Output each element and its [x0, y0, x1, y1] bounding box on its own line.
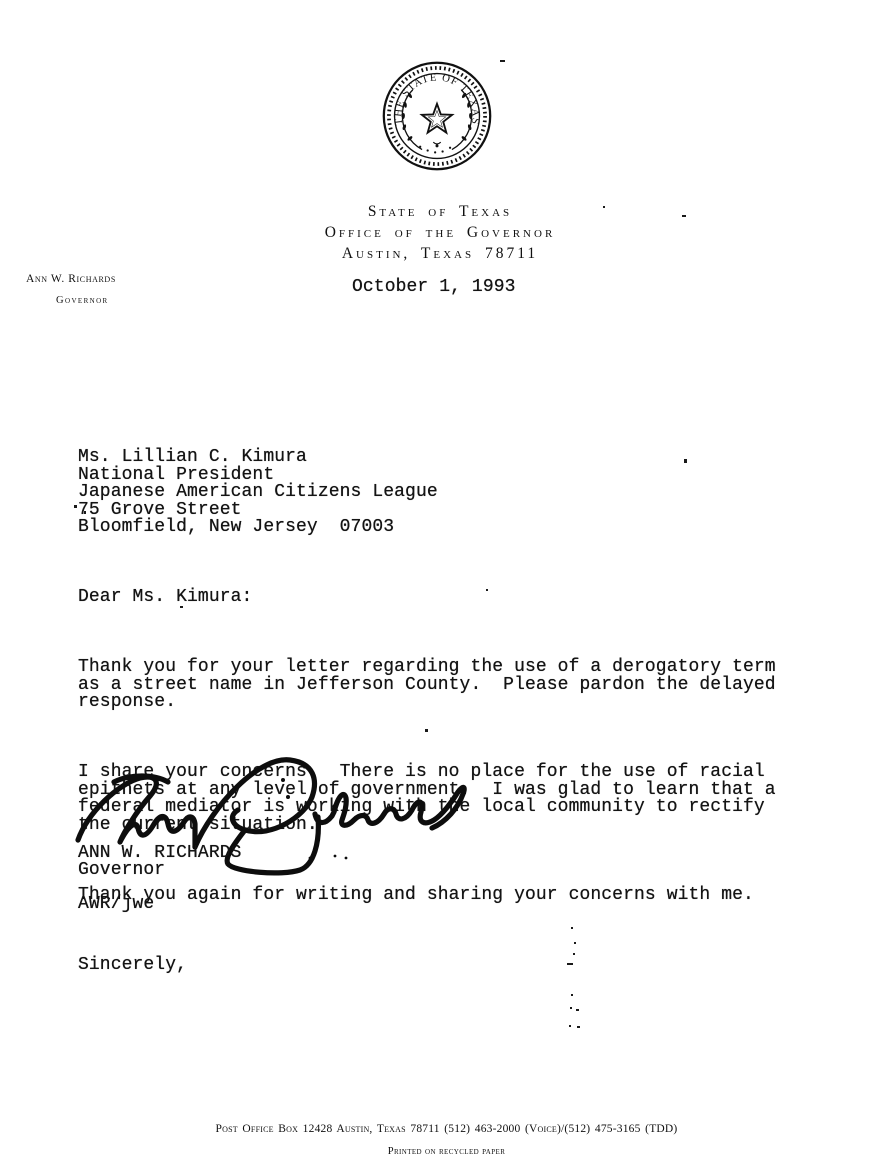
seal-bottom-ornaments: [419, 142, 451, 153]
signer-title: Governor: [78, 862, 165, 880]
margin-governor-title: Governor: [56, 295, 109, 306]
scan-speck: [577, 1026, 580, 1028]
letterhead-line-city: Austin, Texas 78711: [0, 245, 880, 263]
letter-body: Ms. Lillian C. Kimura National President…: [78, 414, 776, 1027]
scan-speck: [500, 60, 505, 62]
texas-state-seal-icon: THE STATE OF TEXAS: [381, 60, 493, 172]
scan-speck: [425, 729, 428, 732]
seal-star-icon: [422, 104, 452, 133]
closing: Sincerely,: [78, 957, 776, 975]
scan-speck: [567, 963, 573, 965]
scan-speck: [84, 511, 86, 514]
letterhead-line-office: Office of the Governor: [0, 224, 880, 242]
salutation: Dear Ms. Kimura:: [78, 589, 776, 607]
body-paragraph: I share your concerns. There is no place…: [78, 764, 776, 834]
scan-speck: [569, 1025, 571, 1027]
scan-speck: [682, 215, 686, 217]
date-line: October 1, 1993: [352, 279, 516, 297]
scan-speck: [570, 1007, 572, 1009]
scanned-letter-page: THE STATE OF TEXAS: [0, 0, 893, 1155]
footer-recycled-notice: Printed on recycled paper: [0, 1146, 893, 1155]
recipient-address-block: Ms. Lillian C. Kimura National President…: [78, 449, 776, 537]
scan-speck: [603, 206, 605, 208]
scan-speck: [486, 589, 488, 591]
footer-address: Post Office Box 12428 Austin, Texas 7871…: [0, 1123, 893, 1135]
scan-speck: [180, 606, 183, 608]
scan-speck: [576, 1009, 579, 1011]
scan-speck: [74, 505, 77, 508]
scan-speck: [573, 953, 575, 955]
typist-initials: AWR/jwe: [78, 896, 154, 914]
body-paragraph: Thank you again for writing and sharing …: [78, 887, 776, 905]
scan-speck: [684, 459, 687, 463]
letterhead-line-state: State of Texas: [0, 203, 880, 221]
scan-speck: [571, 927, 573, 929]
body-paragraph: Thank you for your letter regarding the …: [78, 659, 776, 712]
scan-speck: [574, 942, 576, 944]
scan-speck: [571, 994, 573, 996]
margin-governor-name: Ann W. Richards: [26, 273, 116, 285]
